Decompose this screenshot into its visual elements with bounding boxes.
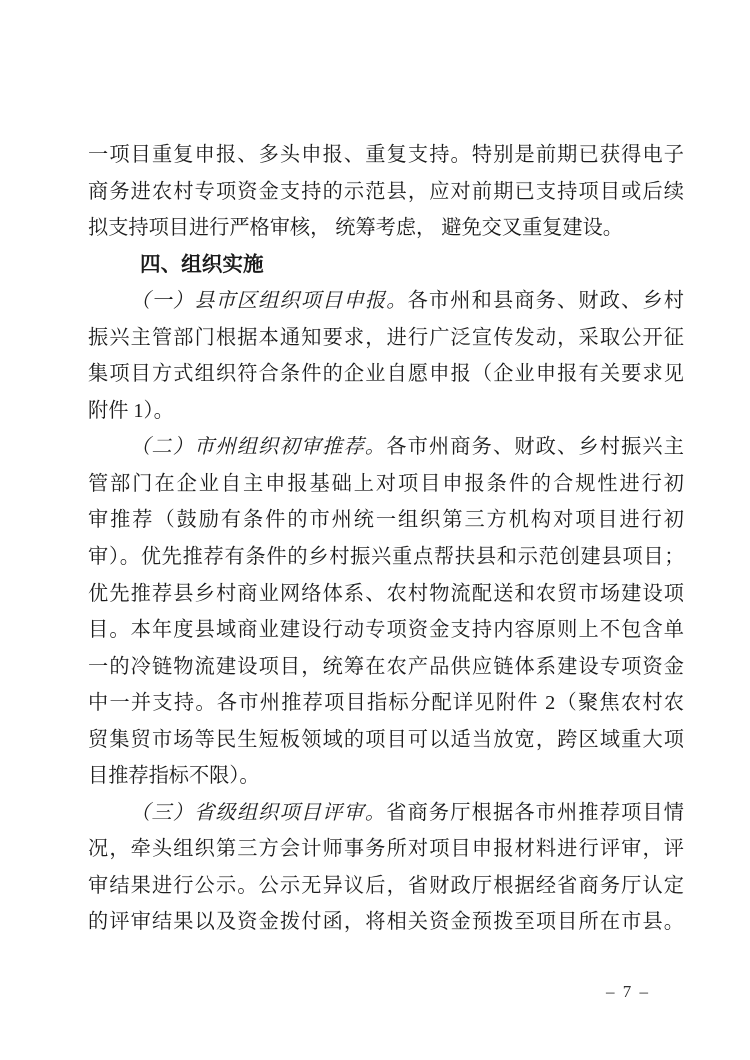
text-line: 一项目重复申报、多头申报、重复支持。特别是前期已获得电子 — [88, 137, 684, 174]
text-line: 目推荐指标不限）。 — [88, 758, 684, 795]
text-line: 附件 1）。 — [88, 393, 684, 430]
text-line: （三）省级组织项目评审。省商务厅根据各市州推荐项目情 — [88, 795, 684, 832]
text-line: 目。本年度县域商业建设行动专项资金支持内容原则上不包含单 — [88, 612, 684, 649]
text-line: （二）市州组织初审推荐。各市州商务、财政、乡村振兴主 — [88, 429, 684, 466]
section-heading: 四、组织实施 — [88, 247, 684, 284]
text-line: 商务进农村专项资金支持的示范县，应对前期已支持项目或后续 — [88, 174, 684, 211]
text-line: 一的冷链物流建设项目，统筹在农产品供应链体系建设专项资金 — [88, 649, 684, 686]
text-line: 审结果进行公示。公示无异议后，省财政厅根据经省商务厅认定 — [88, 868, 684, 905]
document-page: 一项目重复申报、多头申报、重复支持。特别是前期已获得电子商务进农村专项资金支持的… — [0, 0, 750, 1060]
text-line: 审）。优先推荐有条件的乡村振兴重点帮扶县和示范创建县项目； — [88, 539, 684, 576]
document-body: 一项目重复申报、多头申报、重复支持。特别是前期已获得电子商务进农村专项资金支持的… — [88, 137, 684, 941]
text-line: 中一并支持。各市州推荐项目指标分配详见附件 2（聚焦农村农 — [88, 685, 684, 722]
text-line: 审推荐（鼓励有条件的市州统一组织第三方机构对项目进行初 — [88, 502, 684, 539]
kaiti-lead: （三）省级组织项目评审。 — [130, 802, 386, 824]
text-line: 拟支持项目进行严格审核， 统筹考虑， 避免交叉重复建设。 — [88, 210, 684, 247]
kaiti-lead: （二）市州组织初审推荐。 — [130, 436, 386, 458]
kaiti-lead: （一）县市区组织项目申报。 — [130, 290, 408, 312]
text-line: 集项目方式组织符合条件的企业自愿申报（企业申报有关要求见 — [88, 356, 684, 393]
page-number: – 7 – — [606, 982, 686, 1002]
text-line: 况，牵头组织第三方会计师事务所对项目申报材料进行评审，评 — [88, 831, 684, 868]
text-line: 贸集贸市场等民生短板领域的项目可以适当放宽，跨区域重大项 — [88, 722, 684, 759]
text-line: 振兴主管部门根据本通知要求，进行广泛宣传发动，采取公开征 — [88, 320, 684, 357]
text-line: 管部门在企业自主申报基础上对项目申报条件的合规性进行初 — [88, 466, 684, 503]
text-line: 的评审结果以及资金拨付函，将相关资金预拨至项目所在市县。 — [88, 904, 684, 941]
text-line: （一）县市区组织项目申报。各市州和县商务、财政、乡村 — [88, 283, 684, 320]
text-line: 优先推荐县乡村商业网络体系、农村物流配送和农贸市场建设项 — [88, 576, 684, 613]
